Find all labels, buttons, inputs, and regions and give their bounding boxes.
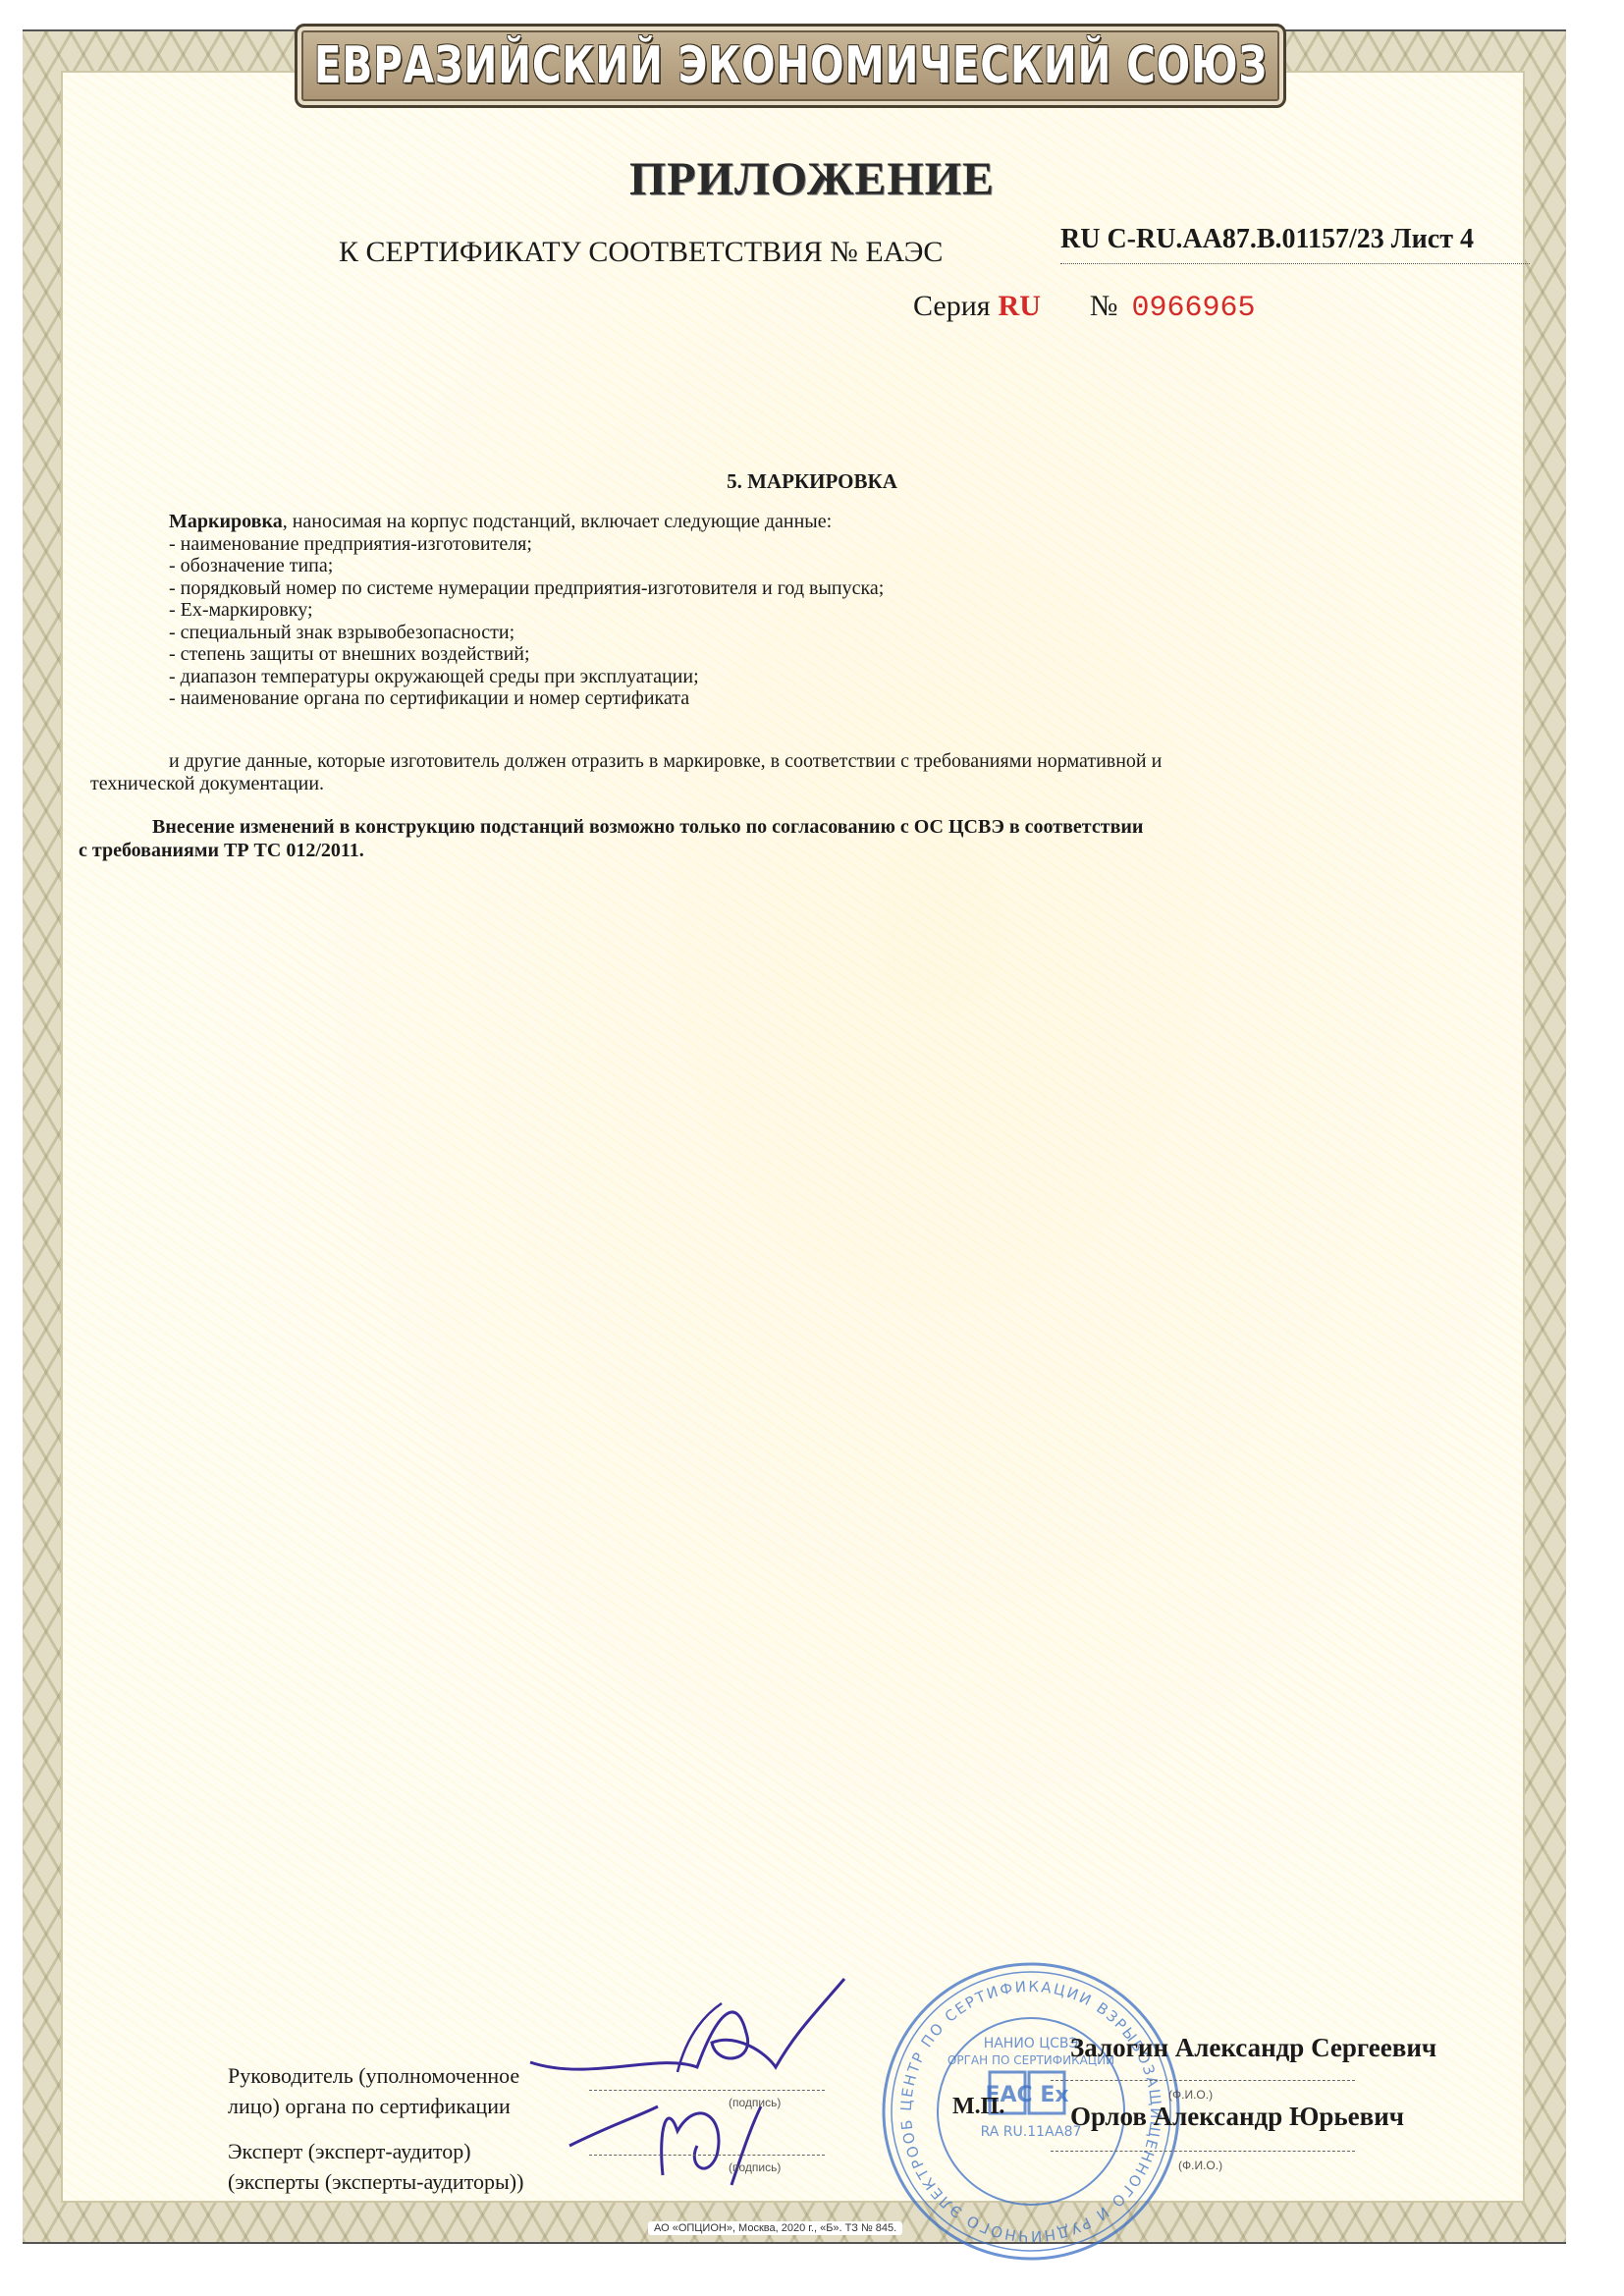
- series-line: СерияRU№0966965: [913, 290, 1256, 325]
- label-line: (эксперты (эксперты-аудиторы)): [228, 2166, 523, 2197]
- paragraph-line: с требованиями ТР ТС 012/2011.: [79, 839, 1453, 862]
- form-number: 0966965: [1132, 292, 1256, 325]
- head-signature-line: [589, 2090, 825, 2091]
- signature-caption: (подпись): [729, 2096, 781, 2109]
- intro-rest: , наносимая на корпус подстанций, включа…: [283, 511, 832, 532]
- list-item: - Ex-маркировку;: [169, 599, 1465, 622]
- header-banner: ЕВРАЗИЙСКИЙ ЭКОНОМИЧЕСКИЙ СОЮЗ: [295, 24, 1286, 108]
- head-name: Залогин Александр Сергеевич: [1070, 2033, 1436, 2063]
- changes-paragraph: Внесение изменений в конструкцию подстан…: [79, 815, 1453, 862]
- certificate-number: RU C-RU.AA87.B.01157/23 Лист 4: [1060, 224, 1530, 264]
- paragraph-line: и другие данные, которые изготовитель до…: [90, 750, 1465, 773]
- series-label: Серия: [913, 290, 991, 322]
- head-signature: [511, 1974, 864, 2092]
- stamp-place-label: М.П.: [952, 2094, 1004, 2120]
- expert-fio-line: [1051, 2151, 1355, 2152]
- expert-name: Орлов Александр Юрьевич: [1070, 2102, 1404, 2132]
- series-value: RU: [999, 290, 1041, 322]
- stamp-line: НАНИО ЦСВЭ: [984, 2036, 1079, 2051]
- list-item: - диапазон температуры окружающей среды …: [169, 666, 1465, 688]
- intro-bold: Маркировка: [169, 511, 283, 532]
- section-title: 5. МАРКИРОВКА: [0, 469, 1624, 494]
- list-item: - порядковый номер по системе нумерации …: [169, 577, 1465, 600]
- fio-caption: (Ф.И.О.): [1168, 2088, 1213, 2102]
- list-item: - обозначение типа;: [169, 555, 1465, 577]
- fio-caption: (Ф.И.О.): [1178, 2159, 1222, 2172]
- label-line: Руководитель (уполномоченное: [228, 2060, 519, 2091]
- page-title: ПРИЛОЖЕНИЕ: [0, 152, 1624, 206]
- stamp-accreditation: RA RU.11AA87: [981, 2124, 1082, 2140]
- paragraph-line: технической документации.: [90, 773, 1465, 795]
- signature-caption: (подпись): [729, 2160, 781, 2174]
- banner-text: ЕВРАЗИЙСКИЙ ЭКОНОМИЧЕСКИЙ СОЮЗ: [313, 36, 1267, 95]
- certificate-paper: [61, 71, 1525, 2203]
- label-line: Эксперт (эксперт-аудитор): [228, 2136, 523, 2166]
- marking-list: Маркировка, наносимая на корпус подстанц…: [169, 511, 1465, 710]
- certificate-label: К СЕРТИФИКАТУ СООТВЕТСТВИЯ № ЕАЭС: [339, 236, 943, 269]
- list-item: - специальный знак взрывобезопасности;: [169, 622, 1465, 644]
- other-data-paragraph: и другие данные, которые изготовитель до…: [90, 750, 1465, 795]
- marking-intro: Маркировка, наносимая на корпус подстанц…: [169, 511, 1465, 533]
- printer-imprint: АО «ОПЦИОН», Москва, 2020 г., «Б». ТЗ № …: [648, 2221, 902, 2235]
- head-fio-line: [1051, 2080, 1355, 2081]
- expert-signature-line: [589, 2155, 825, 2156]
- label-line: лицо) органа по сертификации: [228, 2091, 519, 2121]
- paragraph-line: Внесение изменений в конструкцию подстан…: [79, 815, 1453, 839]
- head-label: Руководитель (уполномоченное лицо) орган…: [228, 2060, 519, 2121]
- expert-label: Эксперт (эксперт-аудитор) (эксперты (экс…: [228, 2136, 523, 2197]
- list-item: - степень защиты от внешних воздействий;: [169, 643, 1465, 666]
- number-label: №: [1090, 290, 1118, 322]
- list-item: - наименование органа по сертификации и …: [169, 687, 1465, 710]
- list-item: - наименование предприятия-изготовителя;: [169, 533, 1465, 556]
